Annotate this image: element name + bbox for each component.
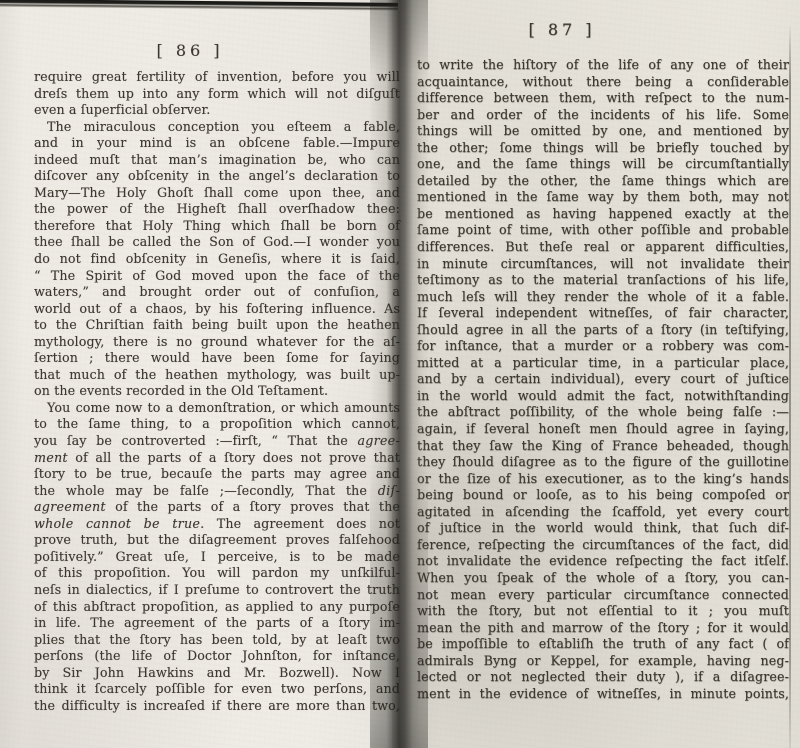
text-line: “ The Spirit of God moved upon the face …: [34, 268, 400, 285]
text-line: ment in the evidence of witneſſes, in mi…: [417, 686, 789, 703]
text-line: waters,” and brought order out of confuſ…: [34, 284, 400, 301]
text-line: of this propoſition. You will pardon my …: [34, 565, 400, 582]
text-line: much leſs will they render the whole of …: [417, 289, 789, 306]
text-line: for inſtance, that a murder or a robbery…: [417, 338, 789, 355]
text-line: that much of the heathen mythology, was …: [34, 367, 400, 384]
text-line: the whole may be falſe ;—ſecondly, That …: [34, 483, 400, 500]
text-line: in minute circumſtances, will not invali…: [417, 256, 789, 273]
text-line: they ſhould diſagree as to the figure of…: [417, 454, 789, 471]
left-page: [ 86 ] require great fertility of invent…: [34, 42, 400, 714]
text-line: of this abſtract propoſition, as applied…: [34, 599, 400, 616]
text-line: think it ſcarcely poſſible for even two …: [34, 681, 400, 698]
text-line: ment of all the parts of a ſtory does no…: [34, 450, 400, 467]
text-line: You come now to a demonſtration, or whic…: [34, 400, 400, 417]
text-line: to the ſame thing, to a propoſition whic…: [34, 416, 400, 433]
text-line: admirals Byng or Keppel, for example, ha…: [417, 653, 789, 670]
text-line: ſhould agree in all the parts of a ſtory…: [417, 322, 789, 339]
text-line: plies that the ſtory has been told, by a…: [34, 632, 400, 649]
text-line: do not find obſcenity in Geneſis, where …: [34, 251, 400, 268]
left-page-number-header: [ 86 ]: [7, 42, 373, 60]
text-line: thee ſhall be called the Son of God.—I w…: [34, 234, 400, 251]
text-line: not mean every particular circumſtance c…: [417, 587, 789, 604]
text-line: the abſtract poſſibility, of the whole b…: [417, 404, 789, 421]
text-line: the other; ſome things will be briefly t…: [417, 140, 789, 157]
text-line: by Sir John Hawkins and Mr. Bozwell). No…: [34, 665, 400, 682]
text-line: poſitively.” Great uſe, I perceive, is t…: [34, 549, 400, 566]
text-line: on the events recorded in the Old Teſtam…: [34, 383, 400, 400]
text-line: lected or not neglected their duty ), if…: [417, 669, 789, 686]
text-line: mentioned in the ſame way by them both, …: [417, 189, 789, 206]
text-line: detailed by the other, the ſame things w…: [417, 173, 789, 190]
text-line: mitted at a particular time, in a partic…: [417, 355, 789, 372]
text-line: be impoſſible to eſtabliſh the truth of …: [417, 636, 789, 653]
text-line: in the world would admit the fact, notwi…: [417, 388, 789, 405]
text-line: agreement of the parts of a ſtory proves…: [34, 499, 400, 516]
text-line: or the ſize of his executioner, as to th…: [417, 471, 789, 488]
right-page-number-header: [ 87 ]: [376, 21, 748, 39]
right-page-body-text: to write the hiſtory of the life of any …: [417, 57, 789, 702]
text-line: to write the hiſtory of the life of any …: [417, 57, 789, 74]
text-line: world out of a chaos, by his foſtering i…: [34, 301, 400, 318]
text-line: require great fertility of invention, be…: [34, 69, 400, 86]
text-line: ber and order of the incidents of his li…: [417, 107, 789, 124]
text-line: diſcover any obſcenity in the angel’s de…: [34, 168, 400, 185]
text-line: of juſtice in the world would think, tha…: [417, 520, 789, 537]
text-line: being bound or looſe, as to his being co…: [417, 487, 789, 504]
text-line: indeed muſt that man’s imagination be, w…: [34, 152, 400, 169]
text-line: things will be omitted by one, and menti…: [417, 123, 789, 140]
text-line: ſame point of time, with other poſſible …: [417, 222, 789, 239]
page-edge-line: [789, 24, 791, 748]
text-line: ference, reſpecting the circumſtances of…: [417, 537, 789, 554]
text-line: When you ſpeak of the whole of a ſtory, …: [417, 570, 789, 587]
text-line: teſtimony as to the material tranſaction…: [417, 272, 789, 289]
text-line: dreſs them up into any form which will n…: [34, 86, 400, 103]
text-line: the difficulty is increaſed if there are…: [34, 698, 400, 715]
scanned-book-spread: [ 86 ] require great fertility of invent…: [0, 0, 800, 748]
text-line: ſtory to be true, becauſe the parts may …: [34, 466, 400, 483]
text-line: acquaintance, without there being a conſ…: [417, 74, 789, 91]
text-line: not invalidate the evidence reſpecting t…: [417, 553, 789, 570]
text-line: therefore that Holy Thing which ſhall be…: [34, 218, 400, 235]
text-line: and by a certain individual), every cour…: [417, 371, 789, 388]
text-line: If ſeveral independent witneſſes, of fai…: [417, 305, 789, 322]
text-line: the power of the Higheſt ſhall overſhado…: [34, 201, 400, 218]
right-page: [ 87 ] to write the hiſtory of the life …: [417, 21, 789, 702]
text-line: and in your mind is an obſcene fable.—Im…: [34, 135, 400, 152]
text-line: even a ſuperficial obſerver.: [34, 102, 400, 119]
text-line: neſs in dialectics, if I preſume to cont…: [34, 582, 400, 599]
text-line: to the Chriſtian faith being built upon …: [34, 317, 400, 334]
text-line: The miraculous conception you eſteem a f…: [34, 119, 400, 136]
text-line: again, if ſeveral honeſt men ſhould agre…: [417, 421, 789, 438]
text-line: you ſay be controverted :—firſt, “ That …: [34, 433, 400, 450]
text-line: agitated in aſcending the ſcaffold, yet …: [417, 504, 789, 521]
text-line: differences. But theſe real or apparent …: [417, 239, 789, 256]
text-line: whole cannot be true. The agreement does…: [34, 516, 400, 533]
text-line: with the ſtory, but not eſſential to it …: [417, 603, 789, 620]
book-gutter-shadow: [370, 0, 428, 748]
text-line: prove truth, but the diſagreement proves…: [34, 532, 400, 549]
text-line: Mary—The Holy Ghoſt ſhall come upon thee…: [34, 185, 400, 202]
text-line: mean the pith and marrow of the ſtory ; …: [417, 620, 789, 637]
text-line: in life. The agreement of the parts of a…: [34, 615, 400, 632]
text-line: one, and the ſame things will be circumſ…: [417, 156, 789, 173]
text-line: be mentioned as having happened exactly …: [417, 206, 789, 223]
text-line: ſertion ; there would have been ſome for…: [34, 350, 400, 367]
text-line: that they ſaw the King of France beheade…: [417, 438, 789, 455]
text-line: perſons (the life of Doctor Johnſton, fo…: [34, 648, 400, 665]
text-line: mythology, there is no ground whatever f…: [34, 334, 400, 351]
text-line: difference between them, with reſpect to…: [417, 90, 789, 107]
left-page-body-text: require great fertility of invention, be…: [34, 69, 400, 714]
